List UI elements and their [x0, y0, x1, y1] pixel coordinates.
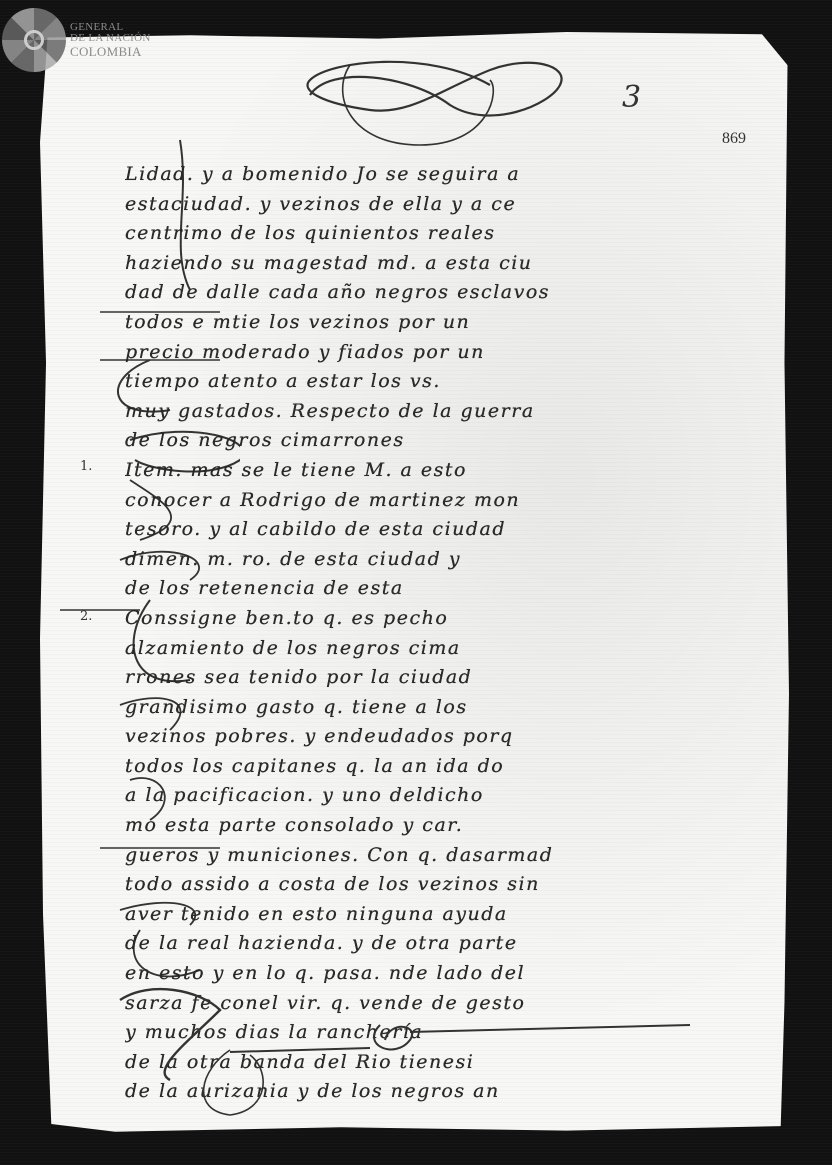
text-line: haziendo su magestad md. a esta ciu — [125, 249, 695, 279]
svg-text:2.: 2. — [80, 609, 92, 624]
top-flourish-icon — [290, 45, 610, 155]
text-line: vezinos pobres. y endeudados porq — [125, 722, 695, 752]
text-line: de la real hazienda. y de otra parte — [125, 929, 695, 959]
text-line: gueros y municiones. Con q. dasarmad — [125, 841, 695, 871]
text-line: estaciudad. y vezinos de ella y a ce — [125, 190, 695, 220]
text-line: aver tenido en esto ninguna ayuda — [125, 900, 695, 930]
text-line: alzamiento de los negros cima — [125, 634, 695, 664]
svg-text:1.: 1. — [80, 459, 92, 474]
closing-flourish-icon — [110, 970, 710, 1120]
sheet-number: 3 — [622, 80, 641, 115]
text-line: precio moderado y fiados por un — [125, 338, 695, 368]
text-line: conocer a Rodrigo de martinez mon — [125, 486, 695, 516]
text-line: todos los capitanes q. la an ida do — [125, 752, 695, 782]
text-line: todos e mtie los vezinos por un — [125, 308, 695, 338]
text-line: de los retenencia de esta — [125, 574, 695, 604]
text-line: todo assido a costa de los vezinos sin — [125, 870, 695, 900]
text-line: grandisimo gasto q. tiene a los — [125, 693, 695, 723]
text-line: de los negros cimarrones — [125, 426, 695, 456]
text-line: a la pacificacion. y uno deldicho — [125, 781, 695, 811]
text-line: tesoro. y al cabildo de esta ciudad — [125, 515, 695, 545]
text-line: mo esta parte consolado y car. — [125, 811, 695, 841]
folio-number: 869 — [722, 130, 746, 148]
text-line: tiempo atento a estar los vs. — [125, 367, 695, 397]
text-line: dimen. m. ro. de esta ciudad y — [125, 545, 695, 575]
text-line: muy gastados. Respecto de la guerra — [125, 397, 695, 427]
text-line: Lidad. y a bomenido Jo se seguira a — [125, 160, 695, 190]
text-line: centrimo de los quinientos reales — [125, 219, 695, 249]
manuscript-text: Lidad. y a bomenido Jo se seguira a esta… — [125, 160, 695, 1107]
text-line: Item. mas se le tiene M. a esto — [125, 456, 695, 486]
text-line: Conssigne ben.to q. es pecho — [125, 604, 695, 634]
text-line: rrones sea tenido por la ciudad — [125, 663, 695, 693]
text-line: dad de dalle cada año negros esclavos — [125, 278, 695, 308]
